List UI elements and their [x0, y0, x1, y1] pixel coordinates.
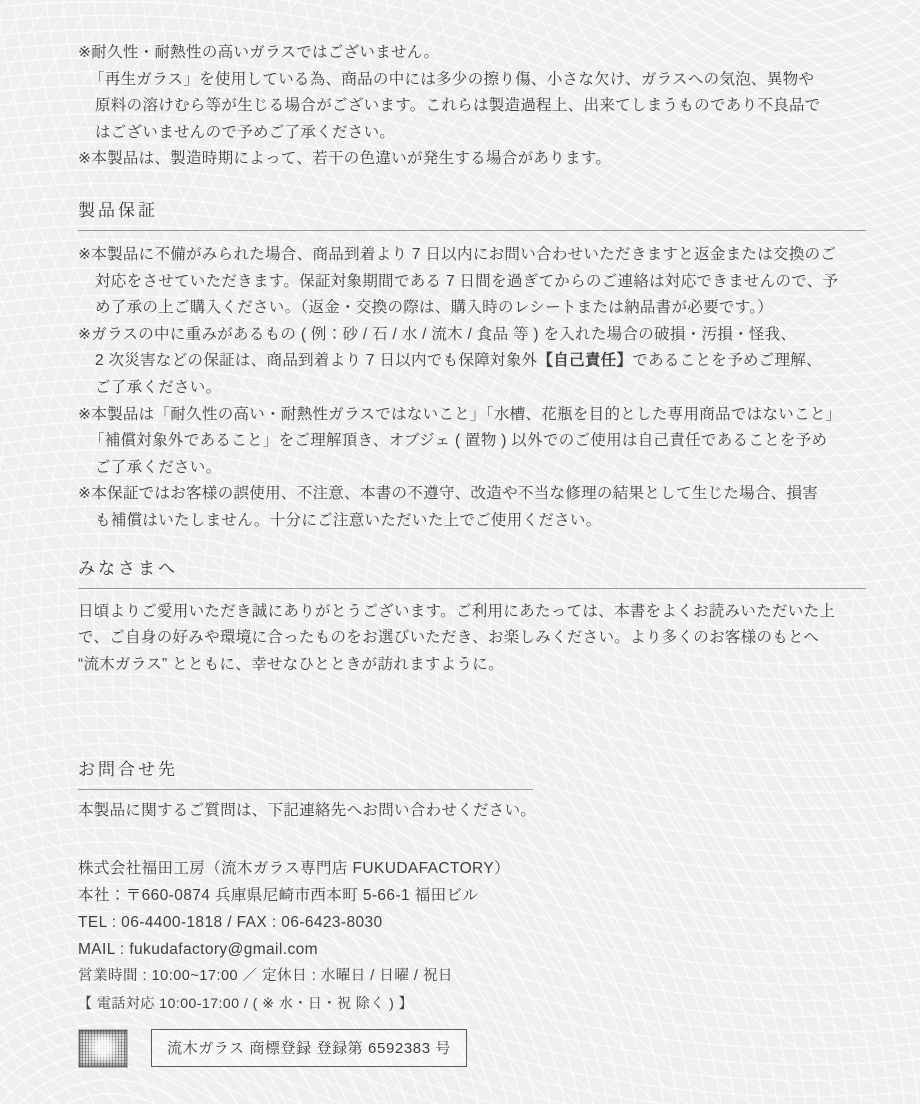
warranty-line: 対応をさせていただきます。保証対象期間である 7 日間を過ぎてからのご連絡は対応… — [95, 269, 866, 296]
phone-hours-note: 【 電話対応 10:00-17:00 / ( ※ 水・日・祝 除く ) 】 — [78, 990, 866, 1017]
to-everyone-heading: みなさまへ — [78, 557, 866, 589]
message-line: で、ご自身の好みや環境に合ったものをお選びいただき、お楽しみください。より多くの… — [78, 625, 866, 652]
tel-fax: TEL : 06-4400-1818 / FAX : 06-6423-8030 — [78, 909, 866, 936]
warranty-line: 2 次災害などの保証は、商品到着より 7 日以内でも保障対象外【自己責任】である… — [95, 348, 866, 375]
mail-address: MAIL : fukudafactory@gmail.com — [78, 936, 866, 963]
to-everyone-section: みなさまへ 日頃よりご愛用いただき誠にありがとうございます。ご利用にあたっては、… — [78, 557, 866, 679]
warranty-heading: 製品保証 — [78, 199, 866, 231]
trademark-registration-box: 流木ガラス 商標登録 登録第 6592383 号 — [151, 1029, 467, 1067]
business-hours: 営業時間 : 10:00~17:00 ／ 定休日 : 水曜日 / 日曜 / 祝日 — [78, 963, 866, 990]
company-name: 株式会社福田工房（流木ガラス専門店 FUKUDAFACTORY） — [78, 855, 866, 882]
contact-section: お問合せ先 本製品に関するご質問は、下記連絡先へお問い合わせください。 株式会社… — [78, 758, 866, 1068]
message-line: “流木ガラス” とともに、幸せなひとときが訪れますように。 — [78, 652, 866, 679]
warranty-line: ※本保証ではお客様の誤使用、不注意、本書の不遵守、改造や不当な修理の結果として生… — [78, 481, 866, 508]
contact-heading: お問合せ先 — [78, 758, 533, 790]
note-line: ※本製品は、製造時期によって、若干の色違いが発生する場合があります。 — [78, 146, 866, 173]
warranty-section: 製品保証 ※本製品に不備がみられた場合、商品到着より 7 日以内にお問い合わせい… — [78, 199, 866, 535]
warranty-line: ご了承ください。 — [95, 455, 866, 482]
warranty-line: も補償はいたしません。十分にご注意いただいた上でご使用ください。 — [95, 508, 866, 535]
warranty-line: ※本製品に不備がみられた場合、商品到着より 7 日以内にお問い合わせいただきます… — [78, 242, 866, 269]
warranty-line: 「補償対象外であること」をご理解頂き、オブジェ ( 置物 ) 以外でのご使用は自… — [89, 428, 866, 455]
note-line: 「再生ガラス」を使用している為、商品の中には多少の擦り傷、小さな欠け、ガラスへの… — [89, 67, 866, 94]
top-notes-section: ※耐久性・耐熱性の高いガラスではございません。 「再生ガラス」を使用している為、… — [78, 40, 866, 173]
note-line: はございませんので予めご了承ください。 — [95, 120, 866, 147]
warranty-line: ※ガラスの中に重みがあるもの ( 例：砂 / 石 / 水 / 流木 / 食品 等… — [78, 322, 866, 349]
warranty-line-text: 2 次災害などの保証は、商品到着より 7 日以内でも保障対象外 — [95, 352, 537, 369]
warranty-line: ※本製品は「耐久性の高い・耐熱性ガラスではないこと」「水槽、花瓶を目的とした専用… — [78, 402, 866, 429]
warranty-line: め了承の上ご購入ください。（返金・交換の際は、購入時のレシートまたは納品書が必要… — [95, 295, 866, 322]
trademark-row: 流木ガラス 商標登録 登録第 6592383 号 — [78, 1029, 866, 1068]
trademark-registration-label: 流木ガラス 商標登録 登録第 6592383 号 — [167, 1040, 451, 1057]
note-line: ※耐久性・耐熱性の高いガラスではございません。 — [78, 40, 866, 67]
self-responsibility-emphasis: 【自己責任】 — [537, 352, 632, 369]
message-line: 日頃よりご愛用いただき誠にありがとうございます。ご利用にあたっては、本書をよくお… — [78, 599, 866, 626]
warranty-line: ご了承ください。 — [95, 375, 866, 402]
warranty-line-text: であることを予めご理解、 — [632, 352, 822, 369]
note-line: 原料の溶けむら等が生じる場合がございます。これらは製造過程上、出来てしまうもので… — [95, 93, 866, 120]
document-page: ※耐久性・耐熱性の高いガラスではございません。 「再生ガラス」を使用している為、… — [0, 0, 920, 1104]
trademark-stamp-image — [78, 1029, 128, 1068]
company-address: 本社：〒660-0874 兵庫県尼崎市西本町 5-66-1 福田ビル — [78, 882, 866, 909]
contact-intro: 本製品に関するご質問は、下記連絡先へお問い合わせください。 — [78, 798, 866, 825]
